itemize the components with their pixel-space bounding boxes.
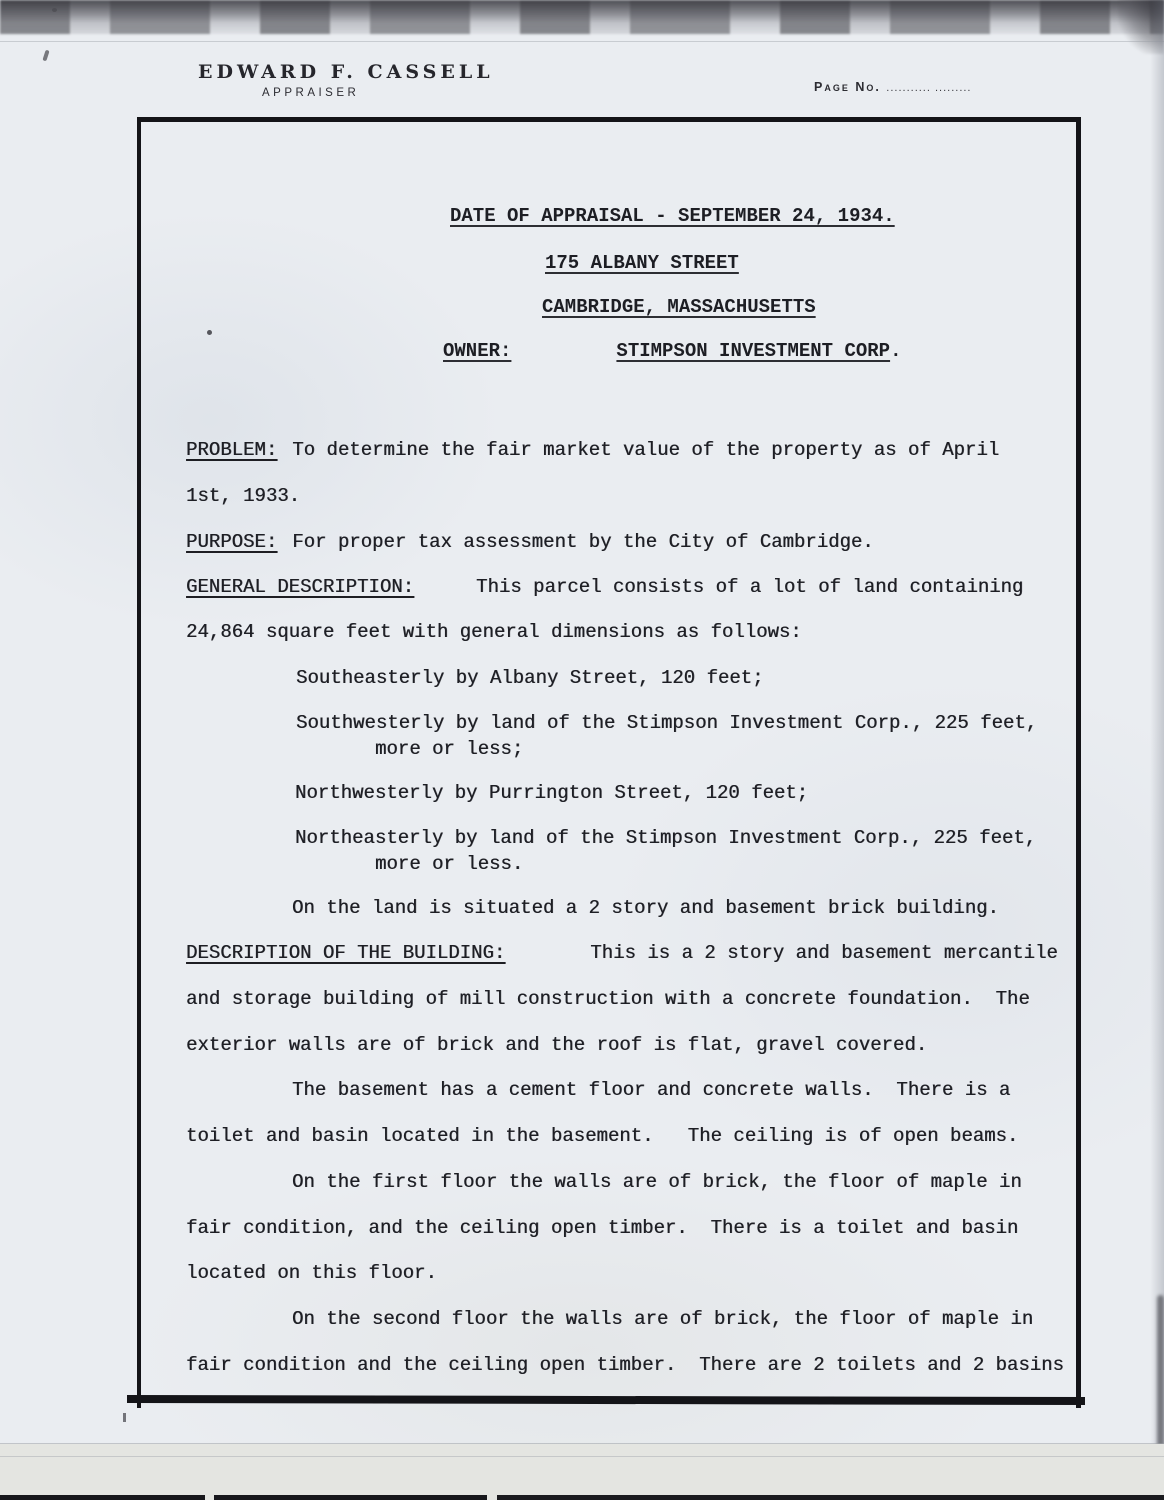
- scan-artifact-top-band: [0, 0, 1164, 34]
- problem-line-1: PROBLEM:To determine the fair market val…: [186, 438, 999, 462]
- boundary-northeasterly: Northeasterly by land of the Stimpson In…: [295, 826, 1036, 850]
- page-number-dotted-line-2: .........: [935, 82, 972, 94]
- scan-artifact-line: [0, 41, 1164, 42]
- building-description-line-2: and storage building of mill constructio…: [186, 987, 1030, 1011]
- first-floor-line-3: located on this floor.: [186, 1261, 437, 1285]
- letterhead-appraiser-name: EDWARD F. CASSELL: [198, 61, 494, 83]
- page-number-dotted-line-1: ...........: [886, 82, 931, 94]
- second-floor-line-1: On the second floor the walls are of bri…: [292, 1307, 1033, 1331]
- general-description-line-2: 24,864 square feet with general dimensio…: [186, 620, 802, 644]
- doc-title-date-of-appraisal: DATE OF APPRAISAL - SEPTEMBER 24, 1934.: [450, 204, 895, 228]
- purpose-line: PURPOSE:For proper tax assessment by the…: [186, 530, 874, 554]
- doc-title-street-address: 175 ALBANY STREET: [545, 251, 739, 275]
- building-description-line-1: DESCRIPTION OF THE BUILDING:This is a 2 …: [186, 941, 1058, 965]
- second-floor-line-2: fair condition and the ceiling open timb…: [186, 1353, 1064, 1377]
- scan-speck: [123, 1413, 126, 1422]
- boundary-northwesterly: Northwesterly by Purrington Street, 120 …: [295, 781, 808, 805]
- building-description-label: DESCRIPTION OF THE BUILDING:: [186, 942, 505, 964]
- page-number-label: Page No.: [814, 80, 886, 94]
- first-floor-line-1: On the first floor the walls are of bric…: [292, 1170, 1022, 1194]
- scan-artifact-bottom-band: [0, 1444, 1164, 1500]
- scan-artifact-bottom-line-2: [0, 1456, 1164, 1457]
- problem-text: To determine the fair market value of th…: [292, 439, 999, 461]
- scan-artifact-right-edge: [1150, 0, 1164, 1500]
- purpose-text: For proper tax assessment by the City of…: [292, 531, 874, 553]
- first-floor-line-2: fair condition, and the ceiling open tim…: [186, 1216, 1018, 1240]
- general-description-text: This parcel consists of a lot of land co…: [476, 576, 1023, 598]
- general-description-line-1: GENERAL DESCRIPTION:This parcel consists…: [186, 575, 1023, 599]
- owner-suffix: .: [890, 340, 901, 362]
- boundary-southwesterly-cont: more or less;: [375, 737, 523, 761]
- land-note: On the land is situated a 2 story and ba…: [292, 896, 999, 920]
- building-description-line-3: exterior walls are of brick and the roof…: [186, 1033, 927, 1057]
- building-description-text: This is a 2 story and basement mercantil…: [590, 942, 1057, 964]
- boundary-southeasterly: Southeasterly by Albany Street, 120 feet…: [296, 666, 763, 690]
- scan-speck: [52, 8, 57, 12]
- boundary-northeasterly-cont: more or less.: [375, 852, 523, 876]
- general-description-label: GENERAL DESCRIPTION:: [186, 576, 414, 598]
- basement-line-2: toilet and basin located in the basement…: [186, 1124, 1018, 1148]
- owner-label: OWNER:: [443, 340, 511, 362]
- doc-title-city: CAMBRIDGE, MASSACHUSETTS: [542, 295, 816, 319]
- scan-speck: [42, 50, 49, 62]
- problem-line-2: 1st, 1933.: [186, 484, 300, 508]
- scan-artifact-bottom-edge: [0, 1495, 1164, 1500]
- purpose-label: PURPOSE:: [186, 531, 277, 553]
- boundary-southwesterly: Southwesterly by land of the Stimpson In…: [296, 711, 1037, 735]
- problem-label: PROBLEM:: [186, 439, 277, 461]
- letterhead-appraiser-title: APPRAISER: [262, 87, 359, 99]
- scanned-appraisal-page: EDWARD F. CASSELL APPRAISER Page No. ...…: [0, 0, 1164, 1500]
- owner-line: OWNER:STIMPSON INVESTMENT CORP.: [443, 339, 901, 363]
- owner-value: STIMPSON INVESTMENT CORP: [616, 340, 890, 362]
- basement-line-1: The basement has a cement floor and conc…: [292, 1078, 1010, 1102]
- page-number-field: Page No. ........... .........: [814, 80, 972, 94]
